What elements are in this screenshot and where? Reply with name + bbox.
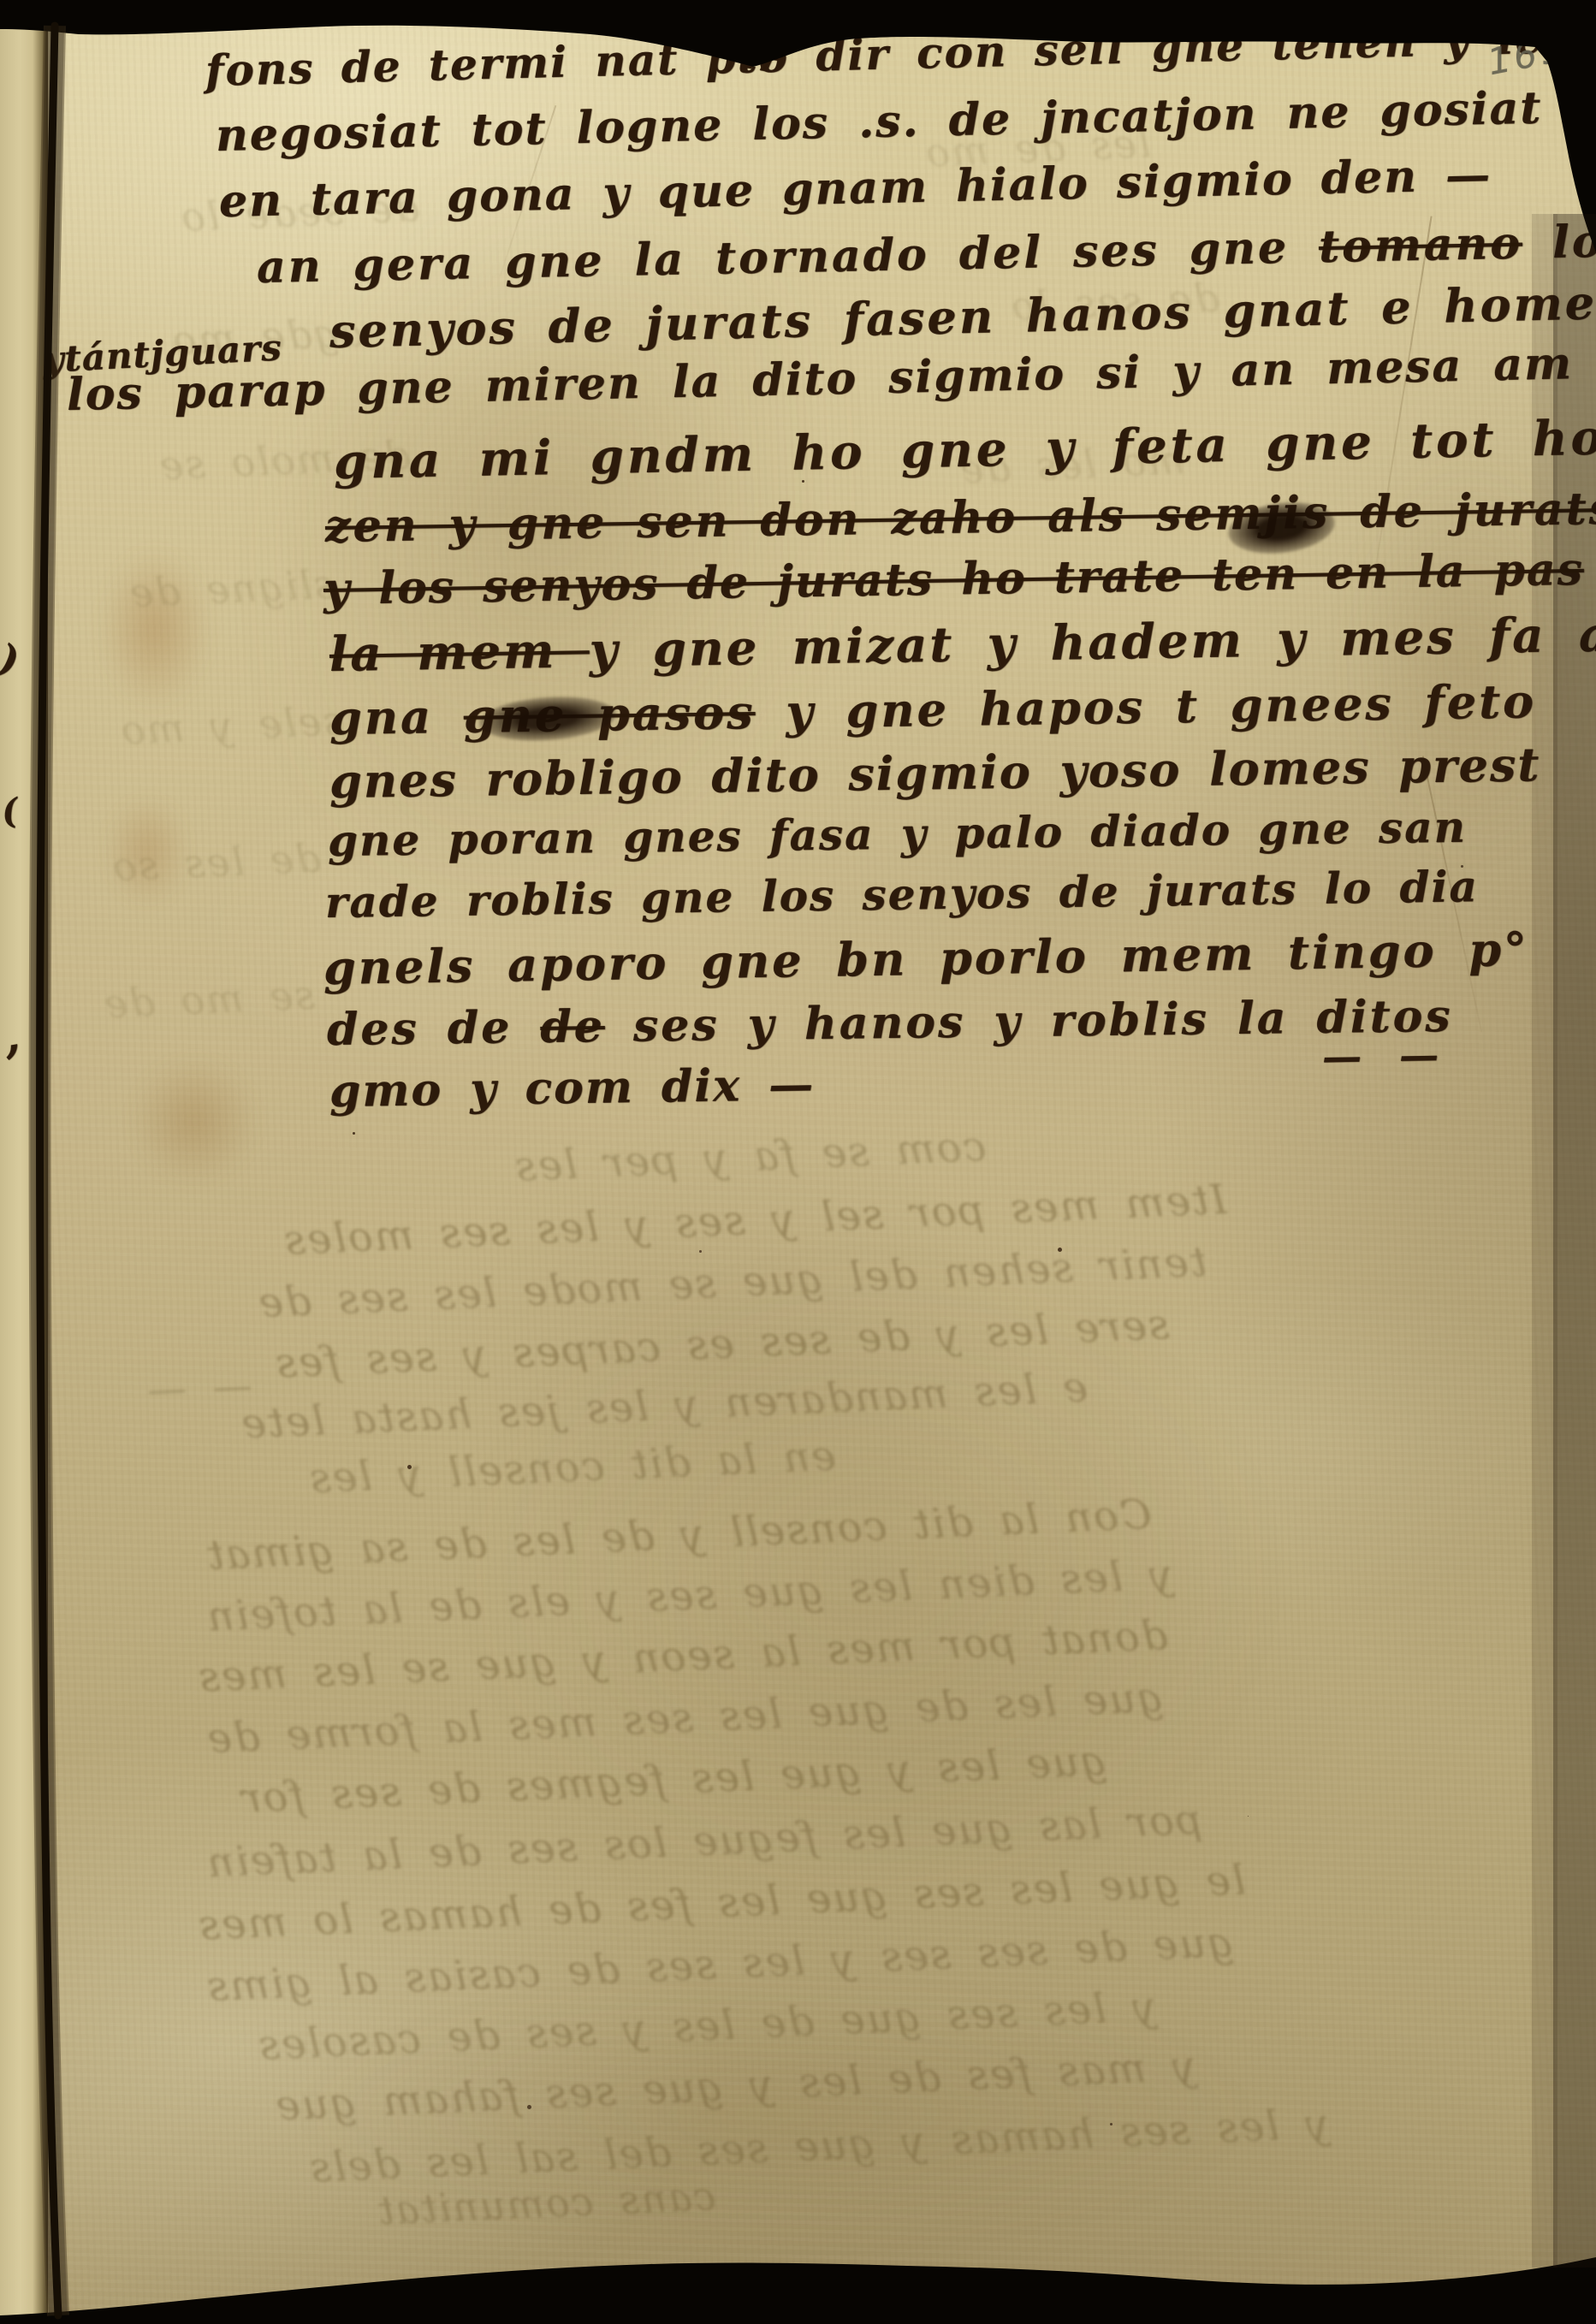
paper-crease <box>1422 756 1483 1032</box>
paper-fiber-texture <box>48 0 1596 2324</box>
stain <box>305 1994 1246 2233</box>
stain <box>130 1057 258 1185</box>
stain <box>104 796 190 907</box>
stain <box>163 59 941 993</box>
stain <box>476 1266 1263 1882</box>
paper-mottling <box>48 0 1596 2324</box>
stain <box>99 548 211 710</box>
manuscript-page <box>48 0 1596 2324</box>
paper-crease <box>1373 216 1432 579</box>
adjacent-page-strip <box>0 0 48 2324</box>
stain <box>1349 462 1588 856</box>
paper-crease <box>500 105 557 276</box>
foxing-specks <box>407 1465 412 1469</box>
